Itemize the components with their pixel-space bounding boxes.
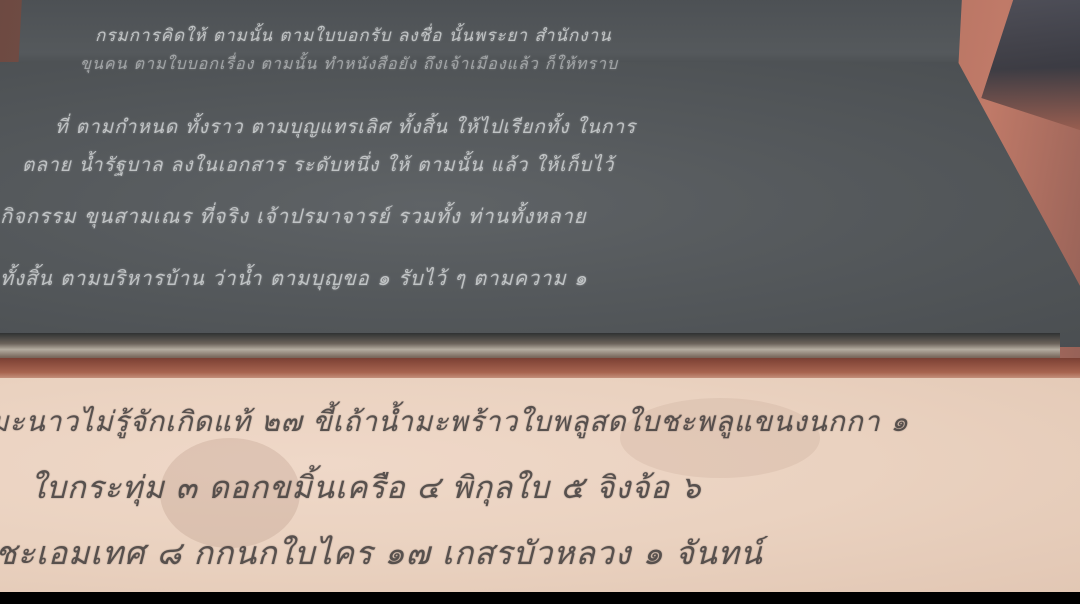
paper-text-line: ชะเอมเทศ ๘ กกนกใบไคร ๑๗ เกสรบัวหลวง ๑ จั… [0, 528, 763, 579]
slate-text-line: ตลาย น้ำรัฐบาล ลงในเอกสาร ระดับหนึ่ง ให้… [22, 150, 614, 180]
slate-text-line: ทั้งสิ้น ตามบริหารบ้าน ว่าน้ำ ตามบุญขอ ๑… [0, 262, 588, 294]
manuscript-photo: กรมการคิดให้ ตามนั้น ตามใบบอกรับ ลงชื่อ … [0, 0, 1080, 592]
slate-text-line: ขุนคน ตามใบบอกเรื่อง ตามนั้น ทำหนังสือยั… [80, 52, 618, 77]
slate-text-line: ที่ ตามกำหนด ทั้งราว ตามบุญแทรเลิศ ทั้งส… [55, 112, 636, 142]
bottom-black-bar [0, 592, 1080, 604]
slate-text-line: กรมการคิดให้ ตามนั้น ตามใบบอกรับ ลงชื่อ … [95, 22, 612, 49]
slate-text-line: กิจกรรม ขุนสามเณร ที่จริง เจ้าปรมาจารย์ … [0, 200, 586, 232]
paper-text-line: ใบกระทุ่ม ๓ ดอกขมิ้นเครือ ๔ พิกุลใบ ๕ จิ… [30, 462, 702, 512]
paper-text-line: มะนาวไม่รู้จักเกิดแท้ ๒๗ ขี้เถ้าน้ำมะพร้… [0, 400, 909, 444]
